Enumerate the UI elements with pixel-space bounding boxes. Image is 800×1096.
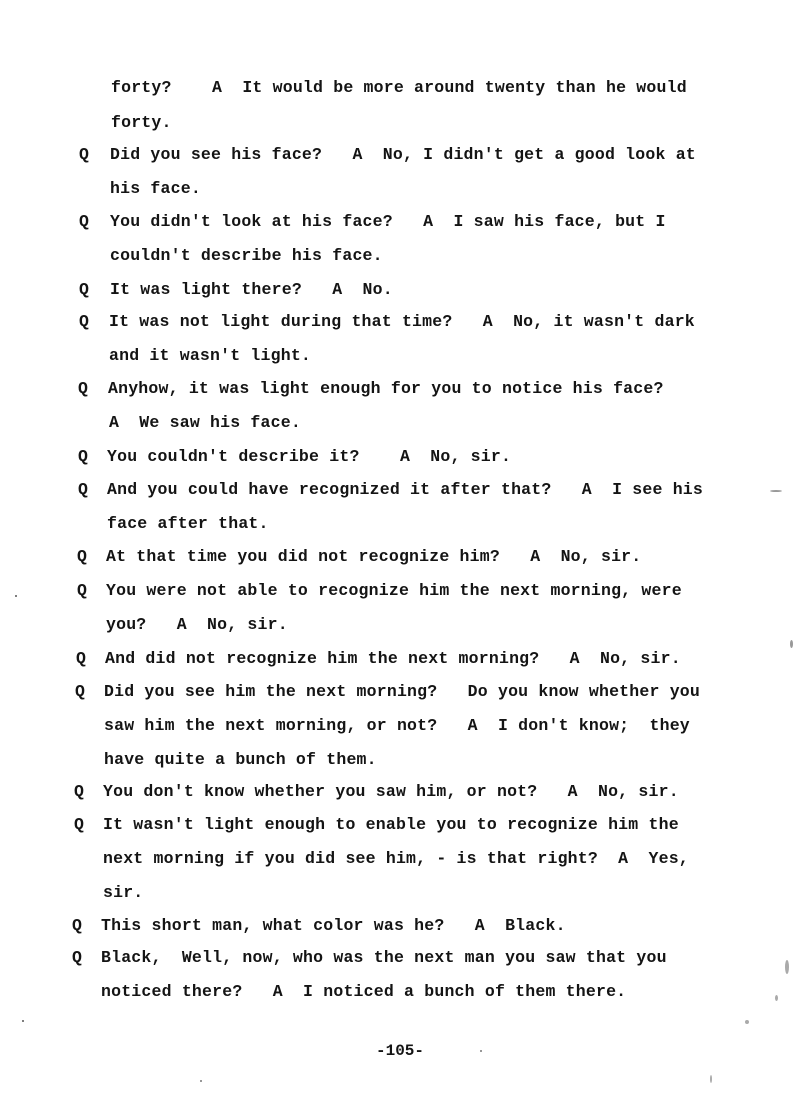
transcript-line: have quite a bunch of them. <box>104 750 377 770</box>
transcript-line: Black, Well, now, who was the next man y… <box>101 948 667 968</box>
transcript-line: At that time you did not recognize him? … <box>106 547 641 567</box>
transcript-line: You couldn't describe it? A No, sir. <box>107 447 511 467</box>
transcript-line: And did not recognize him the next morni… <box>105 649 681 669</box>
transcript-line: you? A No, sir. <box>106 615 288 635</box>
transcript-line: face after that. <box>107 514 269 534</box>
question-marker: Q <box>74 782 84 802</box>
transcript-line: sir. <box>103 883 143 903</box>
transcript-line: next morning if you did see him, - is th… <box>103 849 689 869</box>
scan-speck <box>775 995 778 1001</box>
question-marker: Q <box>79 280 89 300</box>
transcript-line: and it wasn't light. <box>109 346 311 366</box>
transcript-line: And you could have recognized it after t… <box>107 480 703 500</box>
transcript-line: couldn't describe his face. <box>110 246 383 266</box>
question-marker: Q <box>78 447 88 467</box>
scan-speck <box>770 490 782 492</box>
scan-speck <box>22 1020 24 1022</box>
transcript-line: his face. <box>110 179 201 199</box>
scan-speck <box>785 960 789 974</box>
question-marker: Q <box>72 916 82 936</box>
scan-speck <box>745 1020 749 1024</box>
question-marker: Q <box>77 547 87 567</box>
transcript-line: You were not able to recognize him the n… <box>106 581 682 601</box>
question-marker: Q <box>74 815 84 835</box>
transcript-line: This short man, what color was he? A Bla… <box>101 916 566 936</box>
question-marker: Q <box>72 948 82 968</box>
transcript-line: It wasn't light enough to enable you to … <box>103 815 679 835</box>
transcript-line: Did you see his face? A No, I didn't get… <box>110 145 696 165</box>
transcript-line: Did you see him the next morning? Do you… <box>104 682 700 702</box>
transcript-line: It was not light during that time? A No,… <box>109 312 695 332</box>
transcript-line: You don't know whether you saw him, or n… <box>103 782 679 802</box>
page-number: -105- <box>0 1042 800 1060</box>
transcript-line: forty? A It would be more around twenty … <box>111 78 687 98</box>
question-marker: Q <box>76 649 86 669</box>
question-marker: Q <box>77 581 87 601</box>
transcript-line: forty. <box>111 113 172 133</box>
transcript-line: noticed there? A I noticed a bunch of th… <box>101 982 626 1002</box>
transcript-line: A We saw his face. <box>109 413 301 433</box>
transcript-page: forty? A It would be more around twenty … <box>0 0 800 1096</box>
question-marker: Q <box>78 480 88 500</box>
question-marker: Q <box>75 682 85 702</box>
question-marker: Q <box>79 212 89 232</box>
transcript-line: Anyhow, it was light enough for you to n… <box>108 379 664 399</box>
scan-speck <box>15 595 17 597</box>
question-marker: Q <box>78 379 88 399</box>
scan-speck <box>480 1050 482 1052</box>
transcript-line: It was light there? A No. <box>110 280 393 300</box>
question-marker: Q <box>79 145 89 165</box>
transcript-line: You didn't look at his face? A I saw his… <box>110 212 666 232</box>
scan-speck <box>200 1080 202 1082</box>
scan-speck <box>710 1075 712 1083</box>
question-marker: Q <box>79 312 89 332</box>
scan-speck <box>790 640 793 648</box>
transcript-line: saw him the next morning, or not? A I do… <box>104 716 690 736</box>
